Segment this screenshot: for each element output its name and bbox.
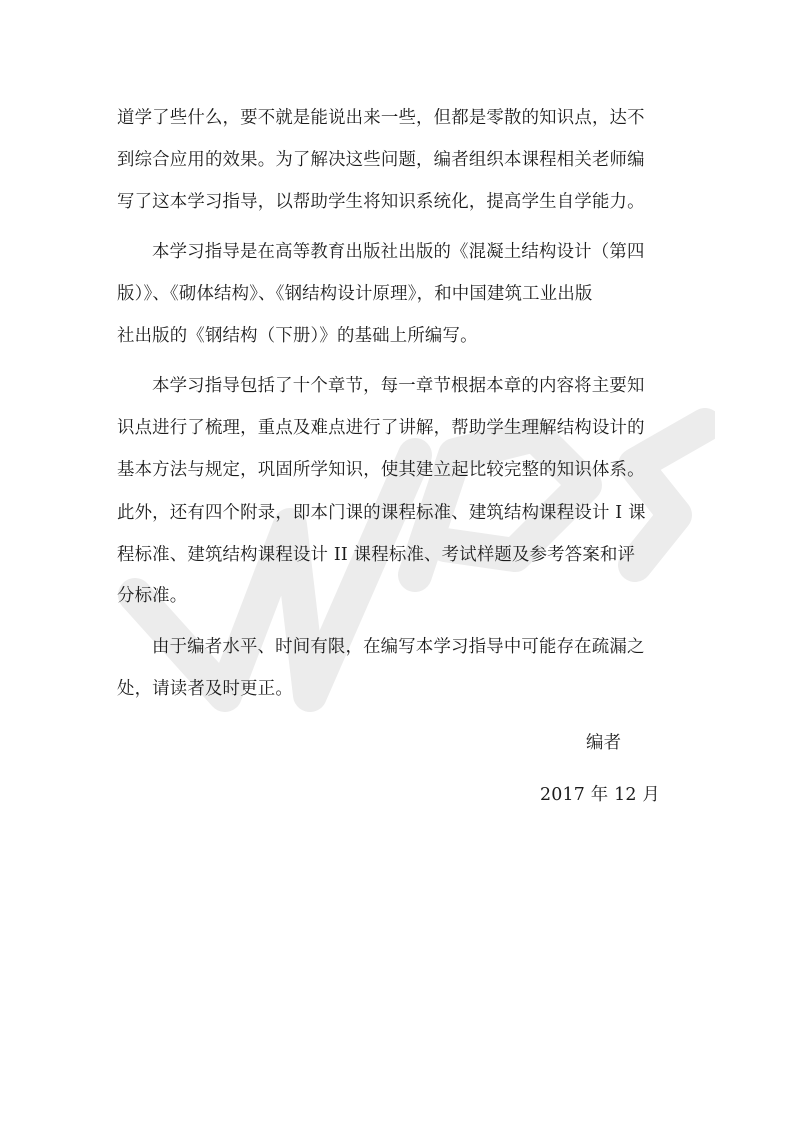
paragraph-3-line-5: 程标准、建筑结构课程设计 II 课程标准、考试样题及参考答案和评 [117,544,635,566]
paragraph-3-line-1: 本学习指导包括了十个章节，每一章节根据本章的内容将主要知 [152,375,645,397]
paragraph-2-line-1: 本学习指导是在高等教育出版社出版的《混凝土结构设计（第四 [152,241,645,263]
paragraph-1-line-1: 道学了些什么，要不就是能说出来一些，但都是零散的知识点，达不 [117,107,645,129]
signature: 编者 [586,732,621,754]
date: 2017 年 12 月 [540,784,660,806]
paragraph-4-line-1: 由于编者水平、时间有限，在编写本学习指导中可能存在疏漏之 [152,636,645,658]
paragraph-3-line-2: 识点进行了梳理，重点及难点进行了讲解，帮助学生理解结构设计的 [117,417,645,439]
paragraph-1-line-2: 到综合应用的效果。为了解决这些问题，编者组织本课程相关老师编 [117,149,645,171]
paragraph-3-line-3: 基本方法与规定，巩固所学知识，使其建立起比较完整的知识体系。 [117,459,645,481]
paragraph-1-line-3: 写了这本学习指导，以帮助学生将知识系统化，提高学生自学能力。 [117,191,645,213]
paragraph-3-line-6: 分标准。 [117,585,187,607]
paragraph-4-line-2: 处，请读者及时更正。 [117,678,293,700]
paragraph-2-line-2: 版）》、《砌体结构》、《钢结构设计原理》，和中国建筑工业出版 [117,283,593,305]
paragraph-3-line-4: 此外，还有四个附录，即本门课的课程标准、建筑结构课程设计 I 课 [117,502,646,524]
paragraph-2-line-3: 社出版的《钢结构（下册）》的基础上所编写。 [117,325,478,347]
